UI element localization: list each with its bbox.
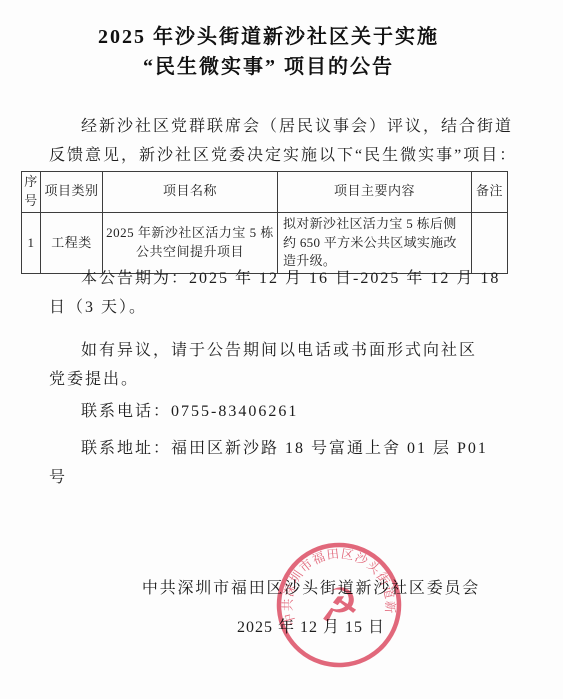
- paragraph-line: 如有异议，请于公告期间以电话或书面形式向社区: [49, 336, 545, 365]
- contact-address-paragraph: 联系地址：福田区新沙路 18 号富通上舍 01 层 P01 号: [49, 434, 545, 492]
- paragraph-line: 本公告期为：2025 年 12 月 16 日-2025 年 12 月 18: [49, 264, 545, 293]
- objection-paragraph: 如有异议，请于公告期间以电话或书面形式向社区 党委提出。: [49, 336, 545, 394]
- notice-period-paragraph: 本公告期为：2025 年 12 月 16 日-2025 年 12 月 18 日（…: [49, 264, 545, 322]
- header-serial: 序号: [22, 172, 41, 213]
- paragraph-line: 联系电话：0755-83406261: [49, 397, 545, 426]
- paragraph-line: 经新沙社区党群联席会（居民议事会）评议，结合街道: [49, 112, 545, 141]
- seal-graphic: 中共深圳市福田区沙头街道新沙社区委员会 ☭: [271, 537, 407, 673]
- table: 序号 项目类别 项目名称 项目主要内容 备注 1 工程类 2025 年新沙社区活…: [21, 171, 508, 274]
- header-category: 项目类别: [41, 172, 103, 213]
- projects-table: 序号 项目类别 项目名称 项目主要内容 备注 1 工程类 2025 年新沙社区活…: [21, 171, 507, 274]
- title-line-2: “民生微实事” 项目的公告: [0, 52, 537, 82]
- paragraph-line: 联系地址：福田区新沙路 18 号富通上舍 01 层 P01: [49, 434, 545, 463]
- table-header-row: 序号 项目类别 项目名称 项目主要内容 备注: [22, 172, 508, 213]
- paragraph-line: 号: [49, 463, 545, 492]
- cell-serial: 1: [22, 212, 41, 274]
- seal-circle: [275, 541, 403, 669]
- paragraph-line: 反馈意见，新沙社区党委决定实施以下“民生微实事”项目：: [49, 141, 545, 170]
- contact-phone-line: 联系电话：0755-83406261: [49, 397, 545, 426]
- official-seal: 中共深圳市福田区沙头街道新沙社区委员会 ☭: [271, 537, 407, 673]
- header-remarks: 备注: [472, 172, 508, 213]
- signature-committee-name: 中共深圳市福田区沙头街道新沙社区委员会: [80, 577, 542, 601]
- header-main-content: 项目主要内容: [278, 172, 472, 213]
- intro-paragraph: 经新沙社区党群联席会（居民议事会）评议，结合街道 反馈意见，新沙社区党委决定实施…: [49, 112, 545, 170]
- paragraph-line: 党委提出。: [49, 365, 545, 394]
- paragraph-line: 日（3 天）。: [49, 293, 545, 322]
- page-title: 2025 年沙头街道新沙社区关于实施 “民生微实事” 项目的公告: [0, 22, 537, 82]
- title-line-1: 2025 年沙头街道新沙社区关于实施: [0, 22, 537, 52]
- header-project-name: 项目名称: [103, 172, 278, 213]
- notice-document: 2025 年沙头街道新沙社区关于实施 “民生微实事” 项目的公告 经新沙社区党群…: [0, 0, 563, 699]
- signature-date: 2025 年 12 月 15 日: [80, 616, 542, 640]
